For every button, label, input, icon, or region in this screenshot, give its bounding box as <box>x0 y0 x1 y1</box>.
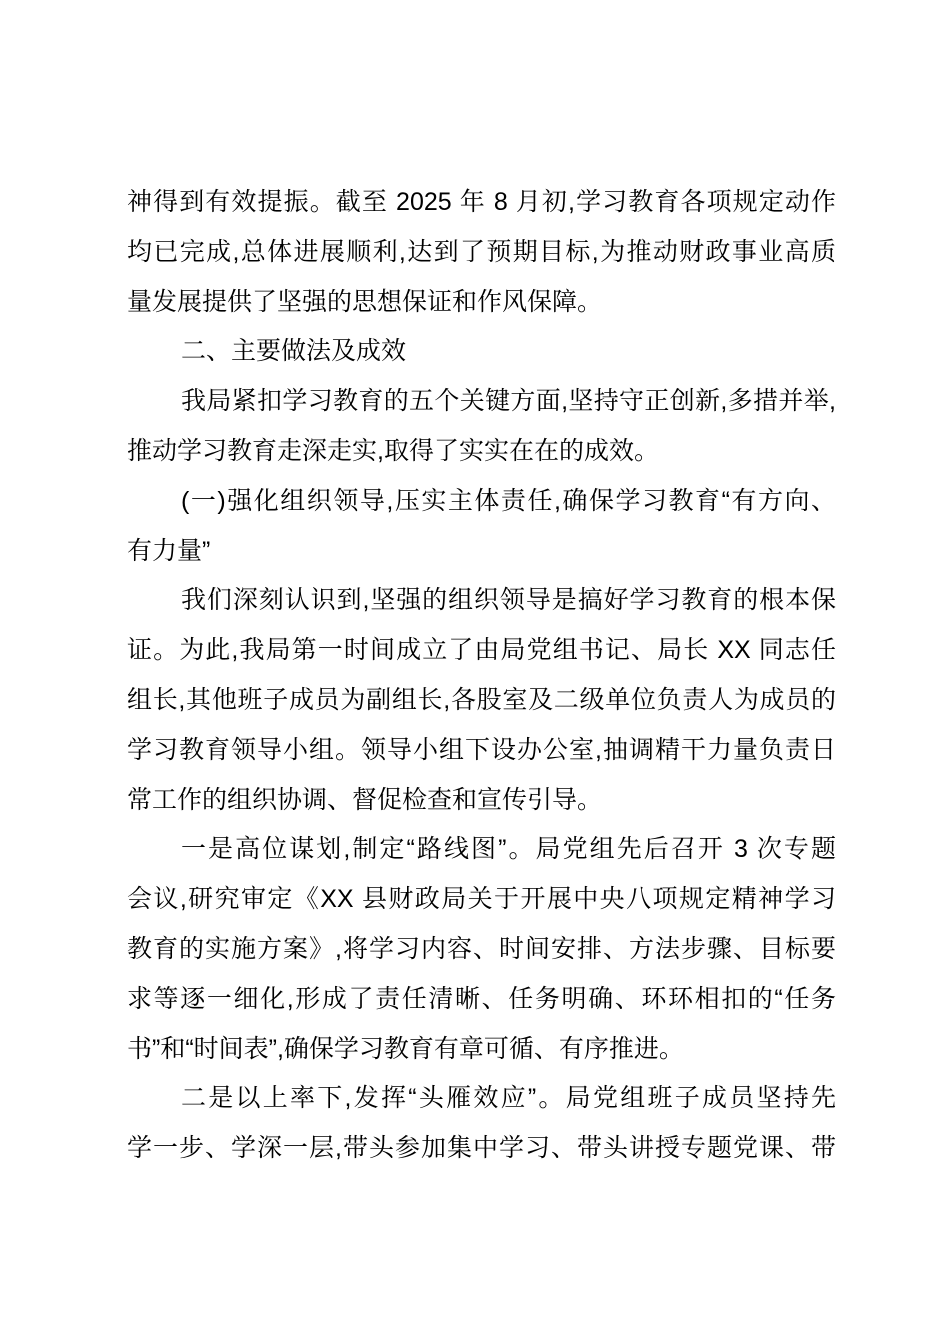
document-text-block: 神得到有效提振。截至 2025 年 8 月初,学习教育各项规定动作 均已完成,总… <box>127 178 836 1174</box>
body-text-line: 一是高位谋划,制定“路线图”。局党组先后召开 3 次专题 <box>127 825 836 875</box>
body-text-line: 神得到有效提振。截至 2025 年 8 月初,学习教育各项规定动作 <box>127 178 836 228</box>
paragraph-body: 我局紧扣学习教育的五个关键方面,坚持守正创新,多措并举, 推动学习教育走深走实,… <box>127 377 836 477</box>
paragraph-section-heading: 二、主要做法及成效 <box>127 327 836 377</box>
body-text-line: 证。为此,我局第一时间成立了由局党组书记、局长 XX 同志任 <box>127 626 836 676</box>
paragraph-continuation: 神得到有效提振。截至 2025 年 8 月初,学习教育各项规定动作 均已完成,总… <box>127 178 836 327</box>
body-text-line: 常工作的组织协调、督促检查和宣传引导。 <box>127 776 836 826</box>
body-text-line: 我局紧扣学习教育的五个关键方面,坚持守正创新,多措并举, <box>127 377 836 427</box>
body-text-line: 求等逐一细化,形成了责任清晰、任务明确、环环相扣的“任务 <box>127 975 836 1025</box>
section-heading-line: 二、主要做法及成效 <box>127 327 836 377</box>
body-text-line: 二是以上率下,发挥“头雁效应”。局党组班子成员坚持先 <box>127 1074 836 1124</box>
body-text-line: 学习教育领导小组。领导小组下设办公室,抽调精干力量负责日 <box>127 726 836 776</box>
paragraph-body: 一是高位谋划,制定“路线图”。局党组先后召开 3 次专题 会议,研究审定《XX … <box>127 825 836 1074</box>
paragraph-body: 我们深刻认识到,坚强的组织领导是搞好学习教育的根本保 证。为此,我局第一时间成立… <box>127 576 836 825</box>
body-text-line: 均已完成,总体进展顺利,达到了预期目标,为推动财政事业高质 <box>127 228 836 278</box>
body-text-line: 我们深刻认识到,坚强的组织领导是搞好学习教育的根本保 <box>127 576 836 626</box>
body-text-line: 教育的实施方案》,将学习内容、时间安排、方法步骤、目标要 <box>127 925 836 975</box>
body-text-line: 推动学习教育走深走实,取得了实实在在的成效。 <box>127 427 836 477</box>
body-text-line: 量发展提供了坚强的思想保证和作风保障。 <box>127 278 836 328</box>
body-text-line: 组长,其他班子成员为副组长,各股室及二级单位负责人为成员的 <box>127 676 836 726</box>
subsection-heading-line: 有力量” <box>127 527 836 577</box>
body-text-line: 会议,研究审定《XX 县财政局关于开展中央八项规定精神学习 <box>127 875 836 925</box>
body-text-line: 书”和“时间表”,确保学习教育有章可循、有序推进。 <box>127 1025 836 1075</box>
paragraph-body: 二是以上率下,发挥“头雁效应”。局党组班子成员坚持先 学一步、学深一层,带头参加… <box>127 1074 836 1174</box>
paragraph-subsection-heading: (一)强化组织领导,压实主体责任,确保学习教育“有方向、 有力量” <box>127 477 836 577</box>
body-text-line: 学一步、学深一层,带头参加集中学习、带头讲授专题党课、带 <box>127 1124 836 1174</box>
document-page: 神得到有效提振。截至 2025 年 8 月初,学习教育各项规定动作 均已完成,总… <box>0 0 950 1344</box>
subsection-heading-line: (一)强化组织领导,压实主体责任,确保学习教育“有方向、 <box>127 477 836 527</box>
